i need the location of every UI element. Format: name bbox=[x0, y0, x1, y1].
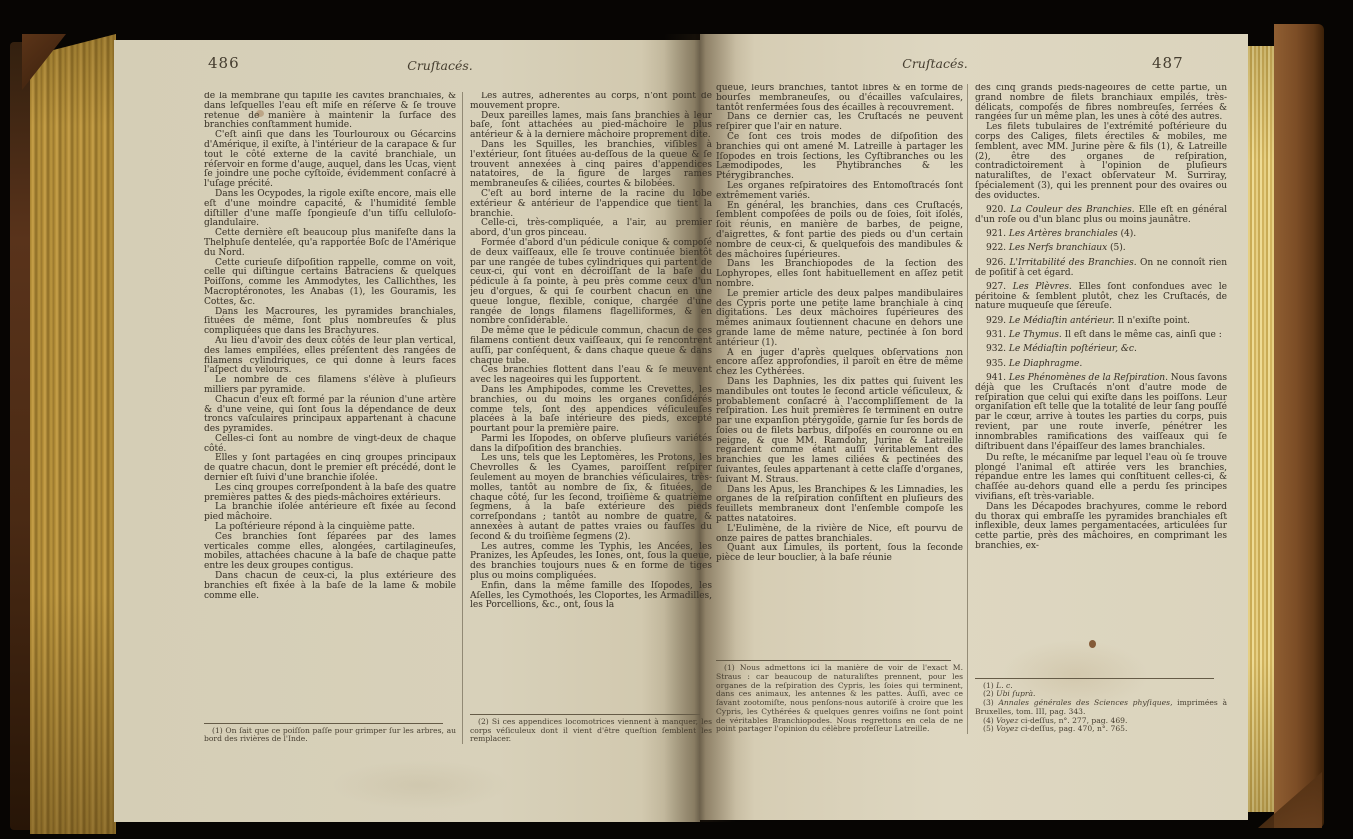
paragraph: Dans ce dernier cas, les Cruſtacés ne pe… bbox=[716, 113, 963, 133]
footnotes: (1) Nous admettons ici la manière de voi… bbox=[716, 660, 963, 734]
left-page-column-2: Les autres, adhérentes au corps, n'ont p… bbox=[470, 92, 712, 744]
paragraph: La branchie iſolée antérieure eſt fixée … bbox=[204, 503, 456, 523]
paragraph: 920. La Couleur des Branchies. Elle eſt … bbox=[975, 206, 1227, 226]
footnote-rule bbox=[975, 678, 1214, 679]
paragraph: Quant aux Limules, ils portent, ſous la … bbox=[716, 544, 963, 564]
paragraph: 932. Le Médiaſtin poſtérieur, &c. bbox=[975, 345, 1227, 355]
paragraph: de la membrane qui tapiſſe les cavités b… bbox=[204, 92, 456, 131]
paragraph: Les organes reſpiratoires des Entomoſtra… bbox=[716, 182, 963, 202]
paragraph: Dans les Apus, les Branchipes & les Limn… bbox=[716, 486, 963, 525]
footnotes: (2) Si ces appendices locomotrices vienn… bbox=[470, 714, 712, 744]
paragraph: 935. Le Diaphragme. bbox=[975, 360, 1227, 370]
right-running-title: Cruſtacés. bbox=[760, 56, 1110, 71]
paragraph: 929. Le Médiaſtin antérieur. Il n'exiſte… bbox=[975, 317, 1227, 327]
paragraph: Les filets tubulaires de l'extrémité poſ… bbox=[975, 123, 1227, 201]
paragraph: Dans les Branchiopodes de la ſection des… bbox=[716, 260, 963, 289]
right-page-number: 487 bbox=[1152, 54, 1184, 72]
paragraph: Du reſte, le mécaniſme par lequel l'eau … bbox=[975, 454, 1227, 503]
column-divider bbox=[967, 84, 968, 734]
left-running-title: Cruſtacés. bbox=[240, 58, 640, 73]
right-page: 487 Cruſtacés. queue, leurs branchies, t… bbox=[700, 34, 1248, 820]
paragraph: Deux pareilles lames, mais ſans branchie… bbox=[470, 112, 712, 141]
footnote-list: (1) Nous admettons ici la manière de voi… bbox=[716, 664, 963, 734]
paragraph: L'Eulimène, de la rivière de Nice, eſt p… bbox=[716, 525, 963, 545]
paragraph: C'eſt ainſi que dans les Tourlouroux ou … bbox=[204, 131, 456, 190]
paragraph: Dans les Squilles, les branchies, viſibl… bbox=[470, 141, 712, 190]
footnote: (5) Voyez ci-deſſus, pag. 470, n°. 765. bbox=[975, 725, 1227, 734]
paragraph: 921. Les Artères branchiales (4). bbox=[975, 230, 1227, 240]
footnotes: (1) L. c.(2) Ubi ſuprà.(3) Annales génér… bbox=[975, 678, 1227, 734]
footnote: (3) Annales générales des Sciences phyſi… bbox=[975, 699, 1227, 716]
right-page-column-2: des cinq grands pieds-nageoires de cette… bbox=[975, 84, 1227, 734]
paragraph: 926. L'Irritabilité des Branchies. On ne… bbox=[975, 259, 1227, 279]
paragraph: Elles y ſont partagées en cinq groupes p… bbox=[204, 454, 456, 483]
paragraph: Les autres, adhérentes au corps, n'ont p… bbox=[470, 92, 712, 112]
paragraph: C'eſt au bord interne de la racine du lo… bbox=[470, 190, 712, 219]
paragraph: des cinq grands pieds-nageoires de cette… bbox=[975, 84, 1227, 123]
left-page-number: 486 bbox=[208, 54, 240, 72]
footnote-rule bbox=[716, 660, 951, 661]
paragraph: 927. Les Plèvres. Elles ſont confondues … bbox=[975, 283, 1227, 312]
paragraph: Formée d'abord d'un pédicule conique & c… bbox=[470, 239, 712, 327]
right-cover-leather bbox=[1274, 24, 1324, 828]
paragraph: Ces branchies ſont ſéparées par des lame… bbox=[204, 533, 456, 572]
paragraph: Parmi les Iſopodes, on obſerve pluſieurs… bbox=[470, 435, 712, 455]
paragraph: Cette dernière eſt beaucoup plus manifeſ… bbox=[204, 229, 456, 258]
footnote: (1) On ſait que ce poiſſon paſſe pour gr… bbox=[204, 727, 456, 744]
paragraph: Cette curieuſe diſpoſition rappelle, com… bbox=[204, 259, 456, 308]
paragraph: 931. Le Thymus. Il eſt dans le même cas,… bbox=[975, 331, 1227, 341]
column-text: queue, leurs branchies, tantôt libres & … bbox=[716, 84, 963, 564]
paragraph: Le nombre de ces filamens s'élève à pluſ… bbox=[204, 376, 456, 396]
footnotes: (1) On ſait que ce poiſſon paſſe pour gr… bbox=[204, 723, 456, 744]
paragraph: De même que le pédicule commun, chacun d… bbox=[470, 327, 712, 366]
left-page: 486 Cruſtacés. de la membrane qui tapiſſ… bbox=[114, 40, 700, 822]
paragraph: Ces branchies flottent dans l'eau & ſe m… bbox=[470, 366, 712, 386]
paragraph: A en juger d'après quelques obſervations… bbox=[716, 349, 963, 378]
footnote: (1) Nous admettons ici la manière de voi… bbox=[716, 664, 963, 734]
paragraph: Celles-ci ſont au nombre de vingt-deux d… bbox=[204, 435, 456, 455]
gilt-fore-edge-left bbox=[30, 30, 116, 834]
footnote-list: (1) On ſait que ce poiſſon paſſe pour gr… bbox=[204, 727, 456, 744]
paragraph: Dans les Amphipodes, comme les Crevettes… bbox=[470, 386, 712, 435]
paragraph: Dans les Décapodes brachyures, comme le … bbox=[975, 503, 1227, 552]
paragraph: Les uns, tels que les Leptomères, les Pr… bbox=[470, 454, 712, 542]
paragraph: Le premier article des deux palpes mandi… bbox=[716, 290, 963, 349]
paragraph: queue, leurs branchies, tantôt libres & … bbox=[716, 84, 963, 113]
paragraph: Chacun d'eux eſt formé par la réunion d'… bbox=[204, 396, 456, 435]
paragraph: Les autres, comme les Typhis, les Ancées… bbox=[470, 543, 712, 582]
paragraph: Au lieu d'avoir des deux côtés de leur p… bbox=[204, 337, 456, 376]
paragraph: 922. Les Nerfs branchiaux (5). bbox=[975, 244, 1227, 254]
footnote-list: (1) L. c.(2) Ubi ſuprà.(3) Annales génér… bbox=[975, 682, 1227, 734]
paragraph: Enfin, dans la même famille des Iſopodes… bbox=[470, 582, 712, 611]
paragraph: Dans les Macroures, les pyramides branch… bbox=[204, 308, 456, 337]
paragraph: Dans les Daphnies, les dix pattes qui ſu… bbox=[716, 378, 963, 486]
gilt-fore-edge-right bbox=[1248, 46, 1274, 812]
paragraph: Ce ſont ces trois modes de diſpoſition d… bbox=[716, 133, 963, 182]
footnote-rule bbox=[204, 723, 443, 724]
column-text: des cinq grands pieds-nageoires de cette… bbox=[975, 84, 1227, 552]
footnote-list: (2) Si ces appendices locomotrices vienn… bbox=[470, 718, 712, 744]
left-page-column-1: de la membrane qui tapiſſe les cavités b… bbox=[204, 92, 456, 744]
right-page-column-1: queue, leurs branchies, tantôt libres & … bbox=[716, 84, 963, 734]
paragraph: Dans les Ocypodes, la rigole exiſte enco… bbox=[204, 190, 456, 229]
paragraph: En général, les branchies, dans ces Cruſ… bbox=[716, 202, 963, 261]
paragraph: Dans chacun de ceux-ci, la plus extérieu… bbox=[204, 572, 456, 601]
footnote-rule bbox=[470, 714, 700, 715]
footnote: (2) Si ces appendices locomotrices vienn… bbox=[470, 718, 712, 744]
column-text: de la membrane qui tapiſſe les cavités b… bbox=[204, 92, 456, 601]
column-text: Les autres, adhérentes au corps, n'ont p… bbox=[470, 92, 712, 611]
book-photo: { "book": { "left_page": { "page_number"… bbox=[0, 0, 1353, 839]
paragraph: 941. Les Phénomènes de la Reſpiration. N… bbox=[975, 374, 1227, 452]
column-divider bbox=[462, 92, 463, 744]
paragraph: Les cinq groupes correſpondent à la baſe… bbox=[204, 484, 456, 504]
paragraph: Celle-ci, très-compliquée, a l'air, au p… bbox=[470, 219, 712, 239]
